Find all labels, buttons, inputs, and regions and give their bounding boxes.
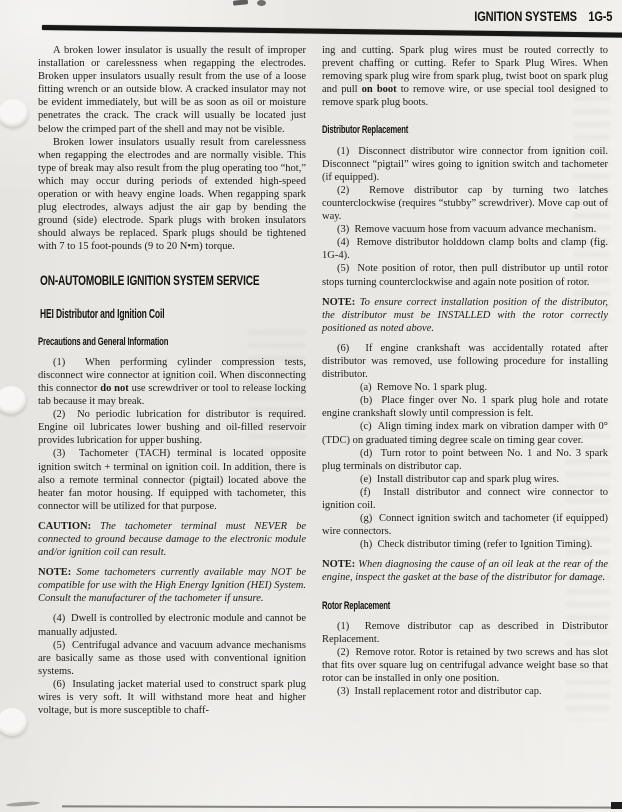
subsection-heading: HEI Distributor and Ignition Coil (40, 308, 221, 321)
text-run: (3) Install replacement rotor and distri… (337, 686, 542, 697)
text-run: Precautions and General Information (38, 336, 168, 348)
header-rule (42, 25, 622, 38)
italic-text: Some tachometers currently available may… (38, 567, 306, 604)
paragraph: (4) Dwell is controlled by electronic mo… (38, 612, 306, 638)
substep-paragraph: (b) Place finger over No. 1 spark plug h… (322, 394, 608, 420)
paragraph: (1) When performing cylinder compression… (38, 356, 306, 408)
paragraph: Broken lower insulators usually result f… (38, 136, 306, 254)
punch-hole (0, 386, 26, 414)
bold-text: CAUTION: (38, 521, 100, 532)
italic-text: To ensure correct installation position … (322, 297, 608, 334)
text-run: HEI Distributor and Ignition Coil (40, 307, 164, 321)
paragraph: ing and cutting. Spark plug wires must b… (322, 44, 608, 109)
topic-heading: Precautions and General Information (38, 336, 226, 349)
text-run: (f) Install distributor and connect wire… (322, 487, 608, 511)
text-run: (h) Check distributor timing (refer to I… (360, 539, 592, 550)
text-run: Broken lower insulators usually result f… (38, 137, 306, 253)
text-run: (5) Note position of rotor, then pull di… (322, 263, 608, 287)
text-run: (c) Align timing index mark on vibration… (322, 421, 608, 445)
italic-text: When diagnosing the cause of an oil leak… (322, 559, 608, 583)
page-header: IGNITION SYSTEMS1G-5 (474, 9, 612, 24)
text-run: (b) Place finger over No. 1 spark plug h… (322, 395, 608, 419)
text-run: (3) Tachometer (TACH) terminal is locate… (38, 448, 306, 511)
text-run: A broken lower insulator is usually the … (38, 45, 306, 135)
paragraph: (3) Remove vacuum hose from vacuum advan… (322, 223, 608, 236)
text-run: (6) Insulating jacket material used to c… (38, 679, 306, 716)
substep-paragraph: (c) Align timing index mark on vibration… (322, 420, 608, 446)
paragraph: (6) Insulating jacket material used to c… (38, 678, 306, 717)
text-run: ON-AUTOMOBILE IGNITION SYSTEM SERVICE (40, 272, 259, 288)
paragraph: (5) Centrifugal advance and vacuum advan… (38, 639, 306, 678)
bold-text: NOTE: (322, 297, 360, 308)
paragraph: (2) No periodic lubrication for distribu… (38, 408, 306, 447)
bold-text: do not (100, 383, 129, 394)
text-run: (2) Remove distributor cap by turning tw… (322, 185, 608, 222)
substep-paragraph: (h) Check distributor timing (refer to I… (322, 538, 608, 551)
right-column: ing and cutting. Spark plug wires must b… (322, 44, 608, 698)
text-run: (1) Remove distributor cap as described … (322, 621, 608, 645)
paragraph: (1) Remove distributor cap as described … (322, 620, 608, 646)
text-run: (1) Disconnect distributor wire connecto… (322, 146, 608, 183)
text-run: (2) No periodic lubrication for distribu… (38, 409, 306, 446)
paragraph: (1) Disconnect distributor wire connecto… (322, 145, 608, 184)
text-run: (2) Remove rotor. Rotor is retained by t… (322, 647, 608, 684)
text-run: Distributor Replacement (322, 124, 408, 136)
text-run: (6) If engine crankshaft was accidentall… (322, 343, 608, 380)
header-page-number: 1G-5 (588, 9, 612, 24)
page-edge-shadow (62, 805, 622, 808)
text-run: (5) Centrifugal advance and vacuum advan… (38, 640, 306, 677)
text-run: (4) Dwell is controlled by electronic mo… (38, 613, 306, 637)
topic-heading: Rotor Replacement (322, 600, 522, 613)
paragraph: (3) Tachometer (TACH) terminal is locate… (38, 447, 306, 512)
substep-paragraph: (e) Install distributor cap and spark pl… (322, 473, 608, 486)
note-paragraph: NOTE: To ensure correct installation pos… (322, 296, 608, 335)
punch-hole (0, 708, 27, 736)
substep-paragraph: (d) Turn rotor to point between No. 1 an… (322, 447, 608, 473)
left-column: A broken lower insulator is usually the … (38, 44, 306, 717)
bold-text: NOTE: (38, 567, 76, 578)
caution-paragraph: CAUTION: The tachometer terminal must NE… (38, 520, 306, 559)
paragraph: (2) Remove distributor cap by turning tw… (322, 184, 608, 223)
scan-smudge (6, 801, 40, 807)
header-section-title: IGNITION SYSTEMS (474, 9, 577, 24)
text-run: Rotor Replacement (322, 600, 390, 612)
text-run: (3) Remove vacuum hose from vacuum advan… (337, 224, 596, 235)
paragraph: (3) Install replacement rotor and distri… (322, 685, 608, 698)
note-paragraph: NOTE: Some tachometers currently availab… (38, 566, 306, 605)
manual-page: IGNITION SYSTEMS1G-5 A broken lower insu… (0, 0, 622, 812)
paragraph: (6) If engine crankshaft was accidentall… (322, 342, 608, 381)
substep-paragraph: (a) Remove No. 1 spark plug. (322, 381, 608, 394)
text-run: (d) Turn rotor to point between No. 1 an… (322, 448, 608, 472)
text-run: (a) Remove No. 1 spark plug. (360, 382, 487, 393)
paragraph: A broken lower insulator is usually the … (38, 44, 306, 136)
text-run: (e) Install distributor cap and spark pl… (360, 474, 559, 485)
scan-speck (233, 0, 248, 6)
paragraph: (4) Remove distributor holddown clamp bo… (322, 236, 608, 262)
paragraph: (2) Remove rotor. Rotor is retained by t… (322, 646, 608, 685)
text-run: (g) Connect ignition switch and tachomet… (322, 513, 608, 537)
bold-text: on boot (362, 84, 397, 95)
topic-heading: Distributor Replacement (322, 124, 522, 137)
note-paragraph: NOTE: When diagnosing the cause of an oi… (322, 558, 608, 584)
substep-paragraph: (g) Connect ignition switch and tachomet… (322, 512, 608, 538)
bold-text: NOTE: (322, 559, 358, 570)
section-heading: ON-AUTOMOBILE IGNITION SYSTEM SERVICE (40, 274, 232, 287)
punch-hole (0, 99, 28, 127)
text-run: (4) Remove distributor holddown clamp bo… (322, 237, 608, 261)
scan-speck (257, 0, 266, 6)
paragraph: (5) Note position of rotor, then pull di… (322, 262, 608, 288)
substep-paragraph: (f) Install distributor and connect wire… (322, 486, 608, 512)
page-edge-corner-mark (611, 802, 622, 809)
